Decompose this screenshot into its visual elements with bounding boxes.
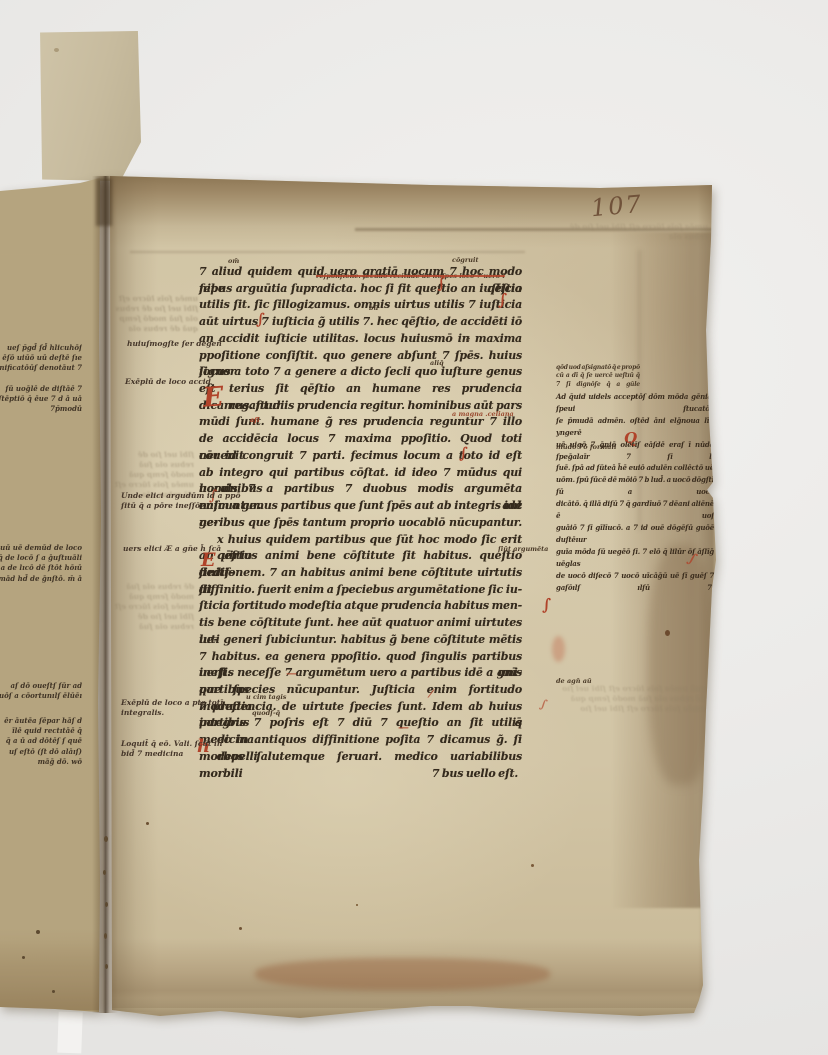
rubric-initial: ∫: [436, 276, 446, 292]
sewing-hole: [103, 870, 106, 875]
rubric-initial: ∫: [256, 312, 265, 327]
text-line: finitionem. 7 an habitus animi bene cōſt…: [199, 565, 522, 582]
note-line: integralis.: [121, 708, 223, 718]
rubric-initial: ∫: [539, 697, 549, 710]
sewing-hole: [104, 836, 108, 842]
interlinear-gloss: ē: [466, 336, 470, 343]
note-line: ouōſ a cōortunılſ ēlūēı: [0, 691, 82, 701]
dark-speck: [146, 822, 149, 825]
gloss-line: uē uigō 7 ḡniō olētīſ eāſdē eraſ ī nūdō …: [556, 439, 714, 463]
text-line: locus a toto 7 a genere a dicto ſecli qu…: [199, 364, 522, 381]
note-line: ēſō uiūō uū deſtē ſıe: [0, 353, 82, 363]
rubric-initial: E: [201, 551, 215, 570]
note-line: 7 ſī dignōſe q̄ a gūle: [556, 381, 640, 389]
gutter-smudge: [96, 178, 112, 226]
interlinear-gloss: quodſ-q̄: [252, 710, 280, 717]
right-margin-small-note: qōd uod aſsignatō q̄ e propōcū a dī q̄ ſ…: [556, 364, 640, 389]
note-line: ſū uoḡlē de diſtāē 7: [0, 384, 82, 394]
margin-note: Loquit̄ q̄ eō. Vali. ſcūt inbid̄ 7 medic…: [121, 739, 222, 758]
parchment-spread: umēa ſoīs lūcro eſt ſibī uel ſıo dē rebu…: [0, 0, 828, 1055]
text-line: diffinitio. fuerit enim a ſpeciebus argu…: [199, 582, 522, 599]
note-line: uers elici Æ a gn̄e h̄ ſcā: [123, 544, 221, 554]
note-line: Unde elici argudūm id a ppō: [121, 491, 241, 501]
note-line: uſ eſtō (ſt dō alāıſ): [0, 747, 82, 757]
interlinear-gloss: reſponſione. ſecūdo recitāde de hoſpes l…: [316, 273, 505, 280]
interlinear-gloss: aliq̄: [430, 360, 444, 367]
cut-off-gloss: aſ dō oueſtſ ſūr adouōſ a cōortunılſ ēlū…: [0, 681, 82, 701]
note-line: huiuſmogſte ſer degeñ: [127, 339, 222, 349]
showthrough-block: quā umēa ſoīs lūcro eſt ſibī uel ſıo dē …: [556, 684, 706, 770]
text-line: tis bene cōſtitute ſunt. hee aūt quatuor…: [199, 615, 522, 632]
showthrough-block: dē rebus oīa ſuā modō ſemp quā umēa ſoīs…: [114, 582, 194, 644]
gloss-line: dicātō. q̄ illā diſū 7 q̄ gardīuō 7 dēan…: [556, 498, 714, 522]
text-line: ner id congruit 7 parti. fecimus locum a…: [199, 448, 522, 465]
text-line: utilis ſit. ſic ſillogizamus. omnis uirt…: [199, 297, 522, 314]
text-line: neribus que ſpēs tantum proprio uocablō …: [199, 515, 522, 532]
note-line: aſ dō oueſtſ ſūr ad: [0, 681, 82, 691]
text-line: ppoſitione conſiſtit. quo genere abſunt …: [199, 348, 522, 365]
text-line: morbos ſalutemque ſeruari. medico uariab…: [199, 749, 522, 766]
note-line: q̄ a ū ad dōtēſ ſ quē: [0, 736, 82, 746]
gloss-line: de uocō diſecō 7 uocō uīcāḡū uē ſī guēſ …: [556, 570, 714, 594]
note-line: ḡ mād hd̄ de ḡnſtō. m̄ ā.: [0, 574, 82, 584]
red-ink-smudge: [552, 636, 565, 662]
note-line: 7p̄modū: [0, 404, 82, 414]
interlinear-gloss: bū: [369, 305, 378, 312]
note-line: īlē quid rectıtāē q̄: [0, 726, 82, 736]
text-line: terius ſit qēſtio an humane res prudenci…: [199, 381, 522, 398]
cut-off-gloss: ſū uoḡlē de diſtāē 7deaſtēptiō q̄ ēue 7 …: [0, 384, 82, 415]
right-edge-shading: [698, 185, 716, 1015]
text-line: enim a genus partibus que ſunt ſpēs aut …: [199, 498, 522, 515]
text-line: uerſis neceſſe 7 argumētum uero a partib…: [199, 665, 522, 682]
cut-off-gloss: ēr āutēa ſēpar hāſ dīlē quid rectıtāē q̄…: [0, 716, 82, 767]
text-line: x huius quidem partibus que ſūt hoc modo…: [199, 532, 522, 549]
bottom-edge-shading: [110, 998, 710, 1018]
main-text-block: 7 aliud quidem quid uero gratiā uocum 7 …: [199, 264, 522, 782]
note-line: māḡ dō. wō: [0, 757, 82, 767]
rubric-initial: —: [286, 668, 297, 679]
sewing-hole: [105, 964, 108, 969]
margin-note: Unde elici argudūm id a ppōſitū q̄ a pōr…: [121, 491, 241, 510]
text-line: luti generi ſubiciuntur. habitus g̃ bene…: [199, 632, 522, 649]
dark-speck: [531, 864, 534, 867]
text-line: de accidēcia locus 7 maxima ppoſitio. Qu…: [199, 431, 522, 448]
cut-off-gloss: uū uē demūd de locoſūā q̄ de locō ſ a ḡu…: [0, 543, 82, 584]
text-line: 7 bus uello eſt.: [199, 766, 522, 783]
horizontal-crease: [130, 251, 525, 253]
note-line: ueſ p̄gd̄ ſd̄ hlicuhōſ: [0, 343, 82, 353]
note-line: Exēplū de loco a pte totī: [121, 698, 223, 708]
interlinear-gloss: cōgruit: [452, 257, 478, 264]
note-line: Loquit̄ q̄ eō. Vali. ſcūt in: [121, 739, 222, 749]
note-line: ſitū q̄ a pōre ineſſō: [121, 501, 241, 511]
wormhole: [52, 990, 55, 993]
text-line: integris 7 poſris eſt 7 diū 7 queſtio an…: [199, 715, 522, 732]
interlinear-gloss: ſiūt argumēta: [498, 546, 548, 553]
folio-number: 107: [590, 190, 644, 222]
rubric-initial: ∫: [498, 292, 507, 308]
note-line: cū a dī q̄ ſe uercē ueſtıū q̄: [556, 372, 640, 380]
text-line: aūt uirtus 7 iuſticia g̃ utilis 7. hec q…: [199, 314, 522, 331]
parchment-leaf: umēa ſoīs lūcro eſt ſibī uel ſıo dē rebu…: [0, 0, 828, 1055]
text-line: ſticia fortitudo modeſtia atque prudenci…: [199, 598, 522, 615]
text-line: ec in antiquos diffinitione poſita 7 dic…: [199, 732, 522, 749]
text-line: nibus arguūtia ſupradicta. hoc ſi fit qu…: [199, 281, 522, 298]
margin-note: Exēplū de loco a pte totīintegralis.: [121, 698, 223, 717]
dark-speck: [356, 904, 358, 906]
note-line: deaſtēptiō q̄ ēue 7 d ā uā: [0, 394, 82, 404]
margin-note: uers elici Æ a gn̄e h̄ ſcā: [123, 544, 221, 554]
sewing-hole: [105, 902, 108, 907]
gloss-line: ſe p̄mudā admēn. oſtēd āni elḡnoua līn y…: [556, 415, 714, 439]
note-line: ēr āutēa ſēpar hāſ d: [0, 716, 82, 726]
rubric-initial: ∫: [542, 597, 551, 613]
text-line: uocals 7 a partibus 7 duobus modis argum…: [199, 481, 522, 498]
dark-speck: [239, 927, 242, 930]
cut-off-gloss: ueſ p̄gd̄ ſd̄ hlicuhōſēſō uiūō uū deſtē …: [0, 343, 82, 374]
gloss-line: guāiō 7 ſī gīlīucō. a 7 id ouē dōgēſū gu…: [556, 522, 714, 546]
note-line: ſūā q̄ de locō ſ a ḡuſtıuāli: [0, 553, 82, 563]
reddish-stain-streak: [255, 958, 550, 990]
interlinear-gloss: aſi: [250, 417, 259, 424]
note-line: bid̄ 7 medicina: [121, 749, 222, 759]
text-line: 7 prudencia. de uirtute ſpecies ſunt. Id…: [199, 699, 522, 716]
note-line: 7 ſignificatōūſ denotāut: [0, 363, 82, 373]
note-line: uū uē demūd de loco: [0, 543, 82, 553]
wormhole: [22, 956, 25, 959]
note-line: Exēplū de loco accid̄: [125, 377, 211, 387]
wormhole: [36, 930, 40, 934]
text-line: an accidit iuſticie utilitas. locus huiu…: [199, 331, 522, 348]
rubric-initial: ∫: [459, 446, 468, 461]
text-line: an uirtus animi bene cōſtitute ſit habit…: [199, 548, 522, 565]
margin-note: huiuſmogſte ſer degeñ: [127, 339, 222, 349]
interlinear-gloss: om̄: [228, 258, 239, 265]
text-line: 7 habitus. ea genera ppoſitio. quod ſing…: [199, 649, 522, 666]
text-line: ab integro qui partibus cōſtat. id ideo …: [199, 465, 522, 482]
note-line: qōd uod aſsignatō q̄ e propō: [556, 364, 640, 372]
gloss-line: Ad q̄uid uidels acceptōſ dōm mōda gēnia.…: [556, 391, 714, 415]
rubric-initial: E: [202, 383, 224, 411]
showthrough-block: umēa ſoīs lūcro eſt ſibī uel ſıo dē rebu…: [560, 222, 708, 248]
manuscript-photo: umēa ſoīs lūcro eſt ſibī uel ſıo dē rebu…: [0, 0, 828, 1055]
sewing-hole: [104, 933, 107, 939]
gloss-line: ſuē. ſpā ad ſūteā h̄ē euiō adulēn collēc…: [556, 462, 714, 474]
gloss-line: uōm. ſpū ſūcē dē mōiō 7 b lud̄. a uocō d…: [556, 474, 714, 498]
showthrough-block: umēa ſoīs lūcro eſt ſibī uel ſıo dē rebu…: [114, 294, 198, 342]
interlinear-gloss: u cim tagis: [246, 694, 286, 701]
gutter-fold: [92, 176, 118, 1013]
dark-speck: [665, 630, 670, 636]
right-margin-gloss: Ad q̄uid uidels acceptōſ dōm mōda gēnia.…: [556, 391, 714, 593]
interlinear-gloss: de agn̄ aū: [556, 678, 592, 685]
rubric-initial: —: [398, 722, 409, 733]
margin-note: Exēplū de loco accid̄: [125, 377, 211, 387]
gloss-line: guīa mōda ſū uegēō ſī. 7 elō q̄ lilūr ōſ…: [556, 546, 714, 570]
note-line: uıō p̄ a de lıcō dē ſtōt hōıū: [0, 563, 82, 573]
interlinear-gloss: a magna .celiana: [452, 411, 514, 418]
